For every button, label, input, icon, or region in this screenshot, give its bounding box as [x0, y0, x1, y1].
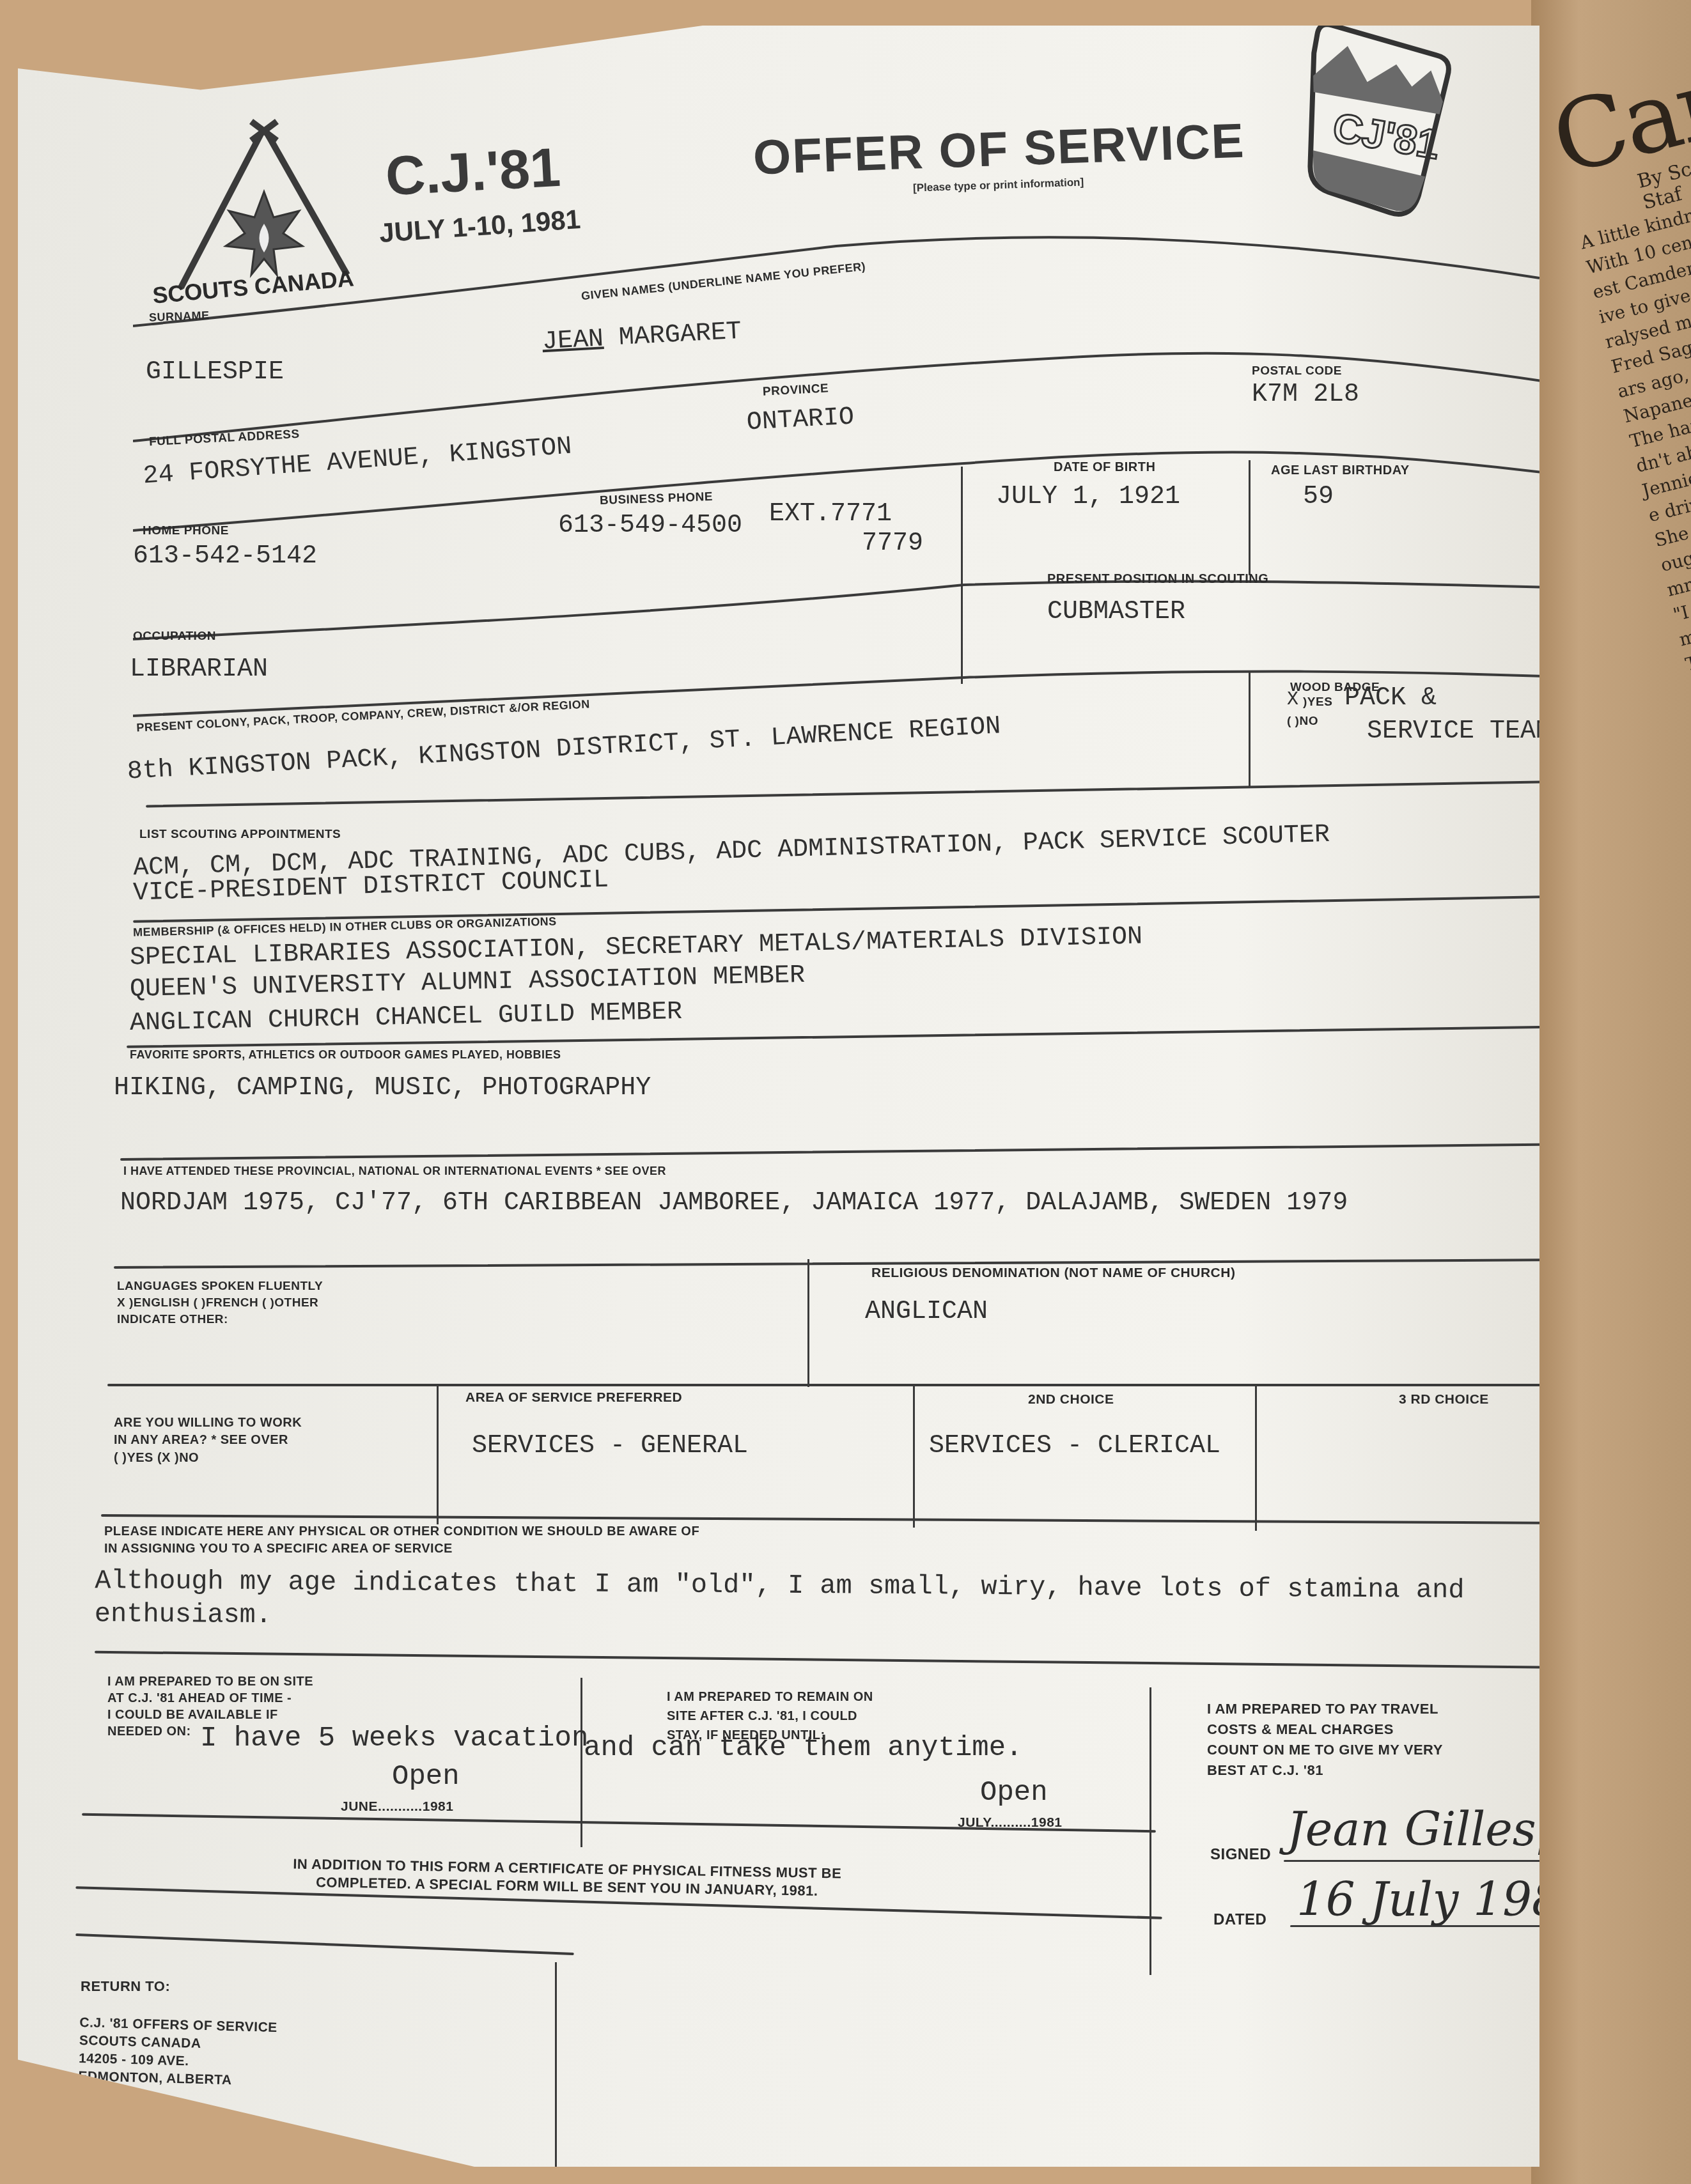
- conditions-label-1: PLEASE INDICATE HERE ANY PHYSICAL OR OTH…: [104, 1524, 699, 1539]
- wood-badge-value-1[interactable]: PACK &: [1344, 684, 1437, 713]
- newspaper-clipping: Cam By Sc Staf A little kindnessWith 10 …: [1544, 56, 1691, 752]
- wood-badge-yes-label: )YES: [1303, 695, 1332, 709]
- languages-options[interactable]: X )ENGLISH ( )FRENCH ( )OTHER: [117, 1296, 318, 1310]
- age-value[interactable]: 59: [1303, 483, 1334, 511]
- postal-code-value[interactable]: K7M 2L8: [1252, 380, 1359, 409]
- pledge-line: BEST AT C.J. '81: [1207, 1760, 1443, 1781]
- pledge-line: COUNT ON ME TO GIVE MY VERY: [1207, 1740, 1443, 1760]
- province-value[interactable]: ONTARIO: [746, 403, 855, 438]
- area-pref-2-value[interactable]: SERVICES - CLERICAL: [929, 1432, 1220, 1460]
- religion-divider: [807, 1259, 809, 1387]
- signed-label: SIGNED: [1210, 1846, 1271, 1864]
- ahead-label-line: I AM PREPARED TO BE ON SITE: [107, 1673, 313, 1690]
- fitness-note: IN ADDITION TO THIS FORM A CERTIFICATE O…: [293, 1855, 842, 1901]
- events-rule: [120, 1143, 1578, 1161]
- signature-line: [1284, 1860, 1565, 1862]
- header-rule: [133, 230, 1539, 345]
- conditions-label-2: IN ASSIGNING YOU TO A SPECIFIC AREA OF S…: [104, 1542, 453, 1556]
- present-position-label: PRESENT POSITION IN SCOUTING: [1047, 572, 1268, 587]
- wood-badge-value-2[interactable]: SERVICE TEAM: [1367, 717, 1551, 746]
- pledge-text: I AM PREPARED TO PAY TRAVEL COSTS & MEAL…: [1207, 1699, 1443, 1781]
- remain-label-line: I AM PREPARED TO REMAIN ON: [667, 1687, 873, 1707]
- remain-label-line: SITE AFTER C.J. '81, I COULD: [667, 1707, 873, 1726]
- business-phone-ext-2[interactable]: 7779: [862, 529, 923, 558]
- wood-badge-no-option[interactable]: ( )NO: [1287, 715, 1318, 729]
- area-pref-1-label: AREA OF SERVICE PREFERRED: [465, 1390, 682, 1406]
- membership-line-3[interactable]: ANGLICAN CHURCH CHANCEL GUILD MEMBER: [130, 998, 683, 1038]
- remain-open-value[interactable]: Open: [980, 1777, 1048, 1809]
- ahead-open-value[interactable]: Open: [392, 1761, 460, 1793]
- business-phone-ext-1[interactable]: EXT.7771: [769, 500, 892, 529]
- occupation-label: OCCUPATION: [133, 630, 216, 644]
- hobbies-label: FAVORITE SPORTS, ATHLETICS OR OUTDOOR GA…: [130, 1048, 561, 1062]
- ahead-typed-value[interactable]: I have 5 weeks vacation: [200, 1723, 588, 1754]
- home-phone-label: HOME PHONE: [143, 524, 229, 538]
- conditions-value[interactable]: Although my age indicates that I am "old…: [95, 1564, 1534, 1641]
- availability-rule: [95, 1651, 1591, 1669]
- events-value[interactable]: NORDJAM 1975, CJ'77, 6TH CARIBBEAN JAMBO…: [120, 1189, 1348, 1218]
- hobbies-value[interactable]: HIKING, CAMPING, MUSIC, PHOTOGRAPHY: [114, 1074, 651, 1103]
- mountain-badge-icon: CJ'81: [1275, 13, 1465, 230]
- religion-value[interactable]: ANGLICAN: [865, 1297, 988, 1326]
- return-box-top: [75, 1933, 574, 1955]
- return-to-label: RETURN TO:: [81, 1978, 170, 1995]
- wood-badge-divider: [1249, 671, 1251, 786]
- languages-rule: [114, 1259, 1584, 1269]
- languages-label: LANGUAGES SPOKEN FLUENTLY: [117, 1280, 323, 1294]
- wood-badge-yes-checkbox[interactable]: X: [1287, 689, 1298, 711]
- ahead-date-label: JUNE...........1981: [341, 1799, 453, 1815]
- event-title: C.J.'81: [384, 136, 563, 208]
- newspaper-body: A little kindnessWith 10 centsest Camden…: [1578, 191, 1691, 752]
- business-phone-value[interactable]: 613-549-4500: [558, 511, 742, 540]
- area-3-divider: [1255, 1384, 1257, 1531]
- ahead-label-line: AT C.J. '81 AHEAD OF TIME -: [107, 1690, 313, 1707]
- religion-label: RELIGIOUS DENOMINATION (NOT NAME OF CHUR…: [871, 1266, 1235, 1281]
- area-2-divider: [913, 1384, 915, 1528]
- languages-other-label: INDICATE OTHER:: [117, 1313, 228, 1327]
- events-label: I HAVE ATTENDED THESE PROVINCIAL, NATION…: [123, 1165, 666, 1178]
- cj81-badge: CJ'81: [1275, 13, 1465, 230]
- remain-typed-value[interactable]: and can take them anytime.: [584, 1732, 1023, 1764]
- area-1-divider: [437, 1384, 439, 1524]
- dob-label: DATE OF BIRTH: [1054, 460, 1155, 475]
- area-pref-1-value[interactable]: SERVICES - GENERAL: [472, 1432, 748, 1460]
- postal-code-label: POSTAL CODE: [1252, 364, 1342, 378]
- conditions-rule: [101, 1514, 1591, 1524]
- return-address: C.J. '81 OFFERS OF SERVICE SCOUTS CANADA…: [77, 2014, 277, 2109]
- dated-label: DATED: [1213, 1911, 1266, 1929]
- pledge-line: I AM PREPARED TO PAY TRAVEL: [1207, 1699, 1443, 1719]
- any-area-options[interactable]: ( )YES (X )NO: [114, 1451, 199, 1466]
- form-title: OFFER OF SERVICE: [752, 113, 1246, 186]
- pledge-line: COSTS & MEAL CHARGES: [1207, 1719, 1443, 1740]
- appointments-label: LIST SCOUTING APPOINTMENTS: [139, 828, 341, 842]
- any-area-label-1: ARE YOU WILLING TO WORK: [114, 1416, 302, 1430]
- position-rule: [133, 556, 1571, 652]
- ahead-label-line: I COULD BE AVAILABLE IF: [107, 1707, 313, 1723]
- offer-of-service-form: SCOUTS CANADA C.J.'81 JULY 1-10, 1981 OF…: [18, 26, 1539, 2167]
- return-box-right: [555, 1962, 557, 2173]
- area-pref-3-label: 3 RD CHOICE: [1399, 1392, 1489, 1407]
- background-newspaper: Cam By Sc Staf A little kindnessWith 10 …: [1531, 0, 1691, 2184]
- dob-value[interactable]: JULY 1, 1921: [996, 483, 1180, 511]
- surname-label: SURNAME: [149, 309, 210, 324]
- present-position-value[interactable]: CUBMASTER: [1047, 598, 1185, 626]
- appointments-rule: [146, 780, 1571, 808]
- service-area-rule: [107, 1384, 1584, 1386]
- any-area-label-2: IN ANY AREA? * see over: [114, 1433, 288, 1448]
- area-pref-2-label: 2ND CHOICE: [1028, 1392, 1114, 1407]
- age-label: AGE LAST BIRTHDAY: [1271, 463, 1410, 478]
